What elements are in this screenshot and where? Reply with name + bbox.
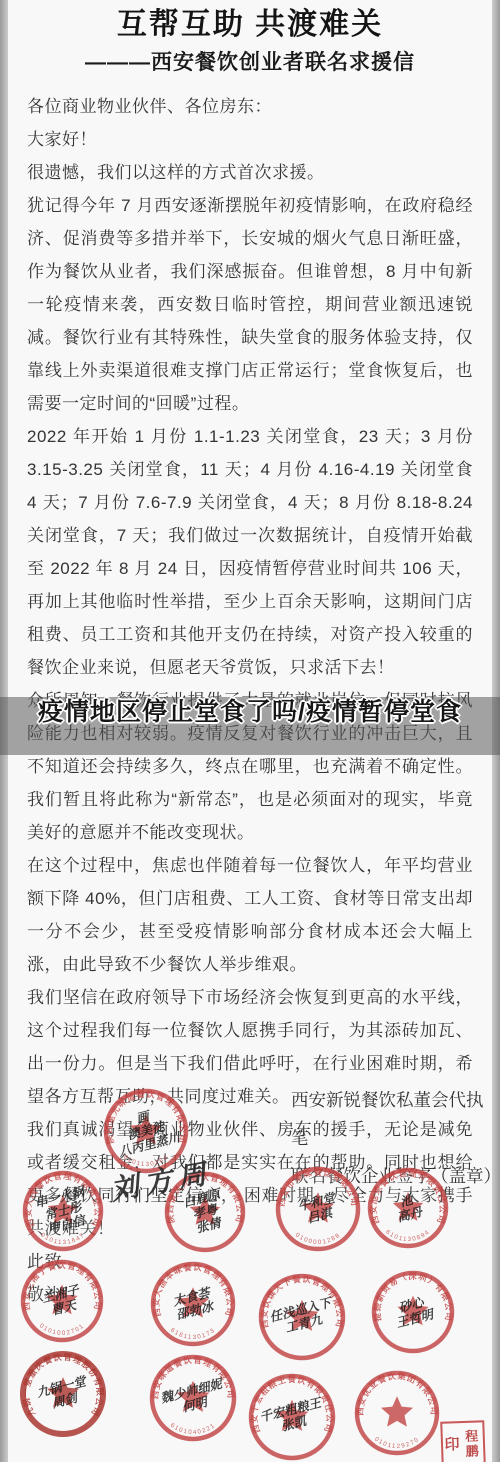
- company-seal: 九锅一堂重庆餐饮管理股份有限公司 九锅一堂周剑: [14, 1345, 112, 1443]
- signoff-block: 西安新锐餐饮私董会代执笔 联名餐饮企业签字（盖章）: [291, 1081, 500, 1195]
- seal-signature: 何明: [181, 1394, 211, 1414]
- company-seal: 西安味道餐饮管理有限公司 6101040221 魏少帅细妮何明: [143, 1348, 243, 1448]
- letter-title: 互帮互助 共渡难关: [27, 4, 473, 46]
- seal-signature: 工青九: [284, 1312, 324, 1335]
- seal-ring: [23, 1354, 103, 1434]
- seal-serial-number: 6181130173: [169, 1327, 217, 1341]
- seal-company-name: 西安千宏粗粮王餐饮有限责任公司: [249, 1374, 335, 1435]
- letter-paragraph: 敬礼！: [27, 1278, 473, 1311]
- seal-company-name: 九锅一堂重庆餐饮管理股份有限公司: [21, 1352, 105, 1419]
- seal-signature: 张凯: [280, 1414, 309, 1434]
- seal-ring: [357, 1373, 437, 1453]
- company-seal: 西安优亚餐饮集团有限公司 0101129270: [348, 1364, 446, 1462]
- seal-star-icon: [276, 1400, 309, 1431]
- seal-signature: 周剑: [50, 1390, 81, 1410]
- seal-serial-number: 6101040221: [169, 1422, 217, 1436]
- company-seal: 西安千宏粗粮王餐饮有限责任公司 千宏粗粮王张凯: [242, 1367, 342, 1462]
- square-personal-seal: 印 程 鹏: [440, 1420, 486, 1462]
- signoff-line-seals: 联名餐饮企业签字（盖章）: [291, 1157, 500, 1195]
- seal-star-icon: [381, 1396, 413, 1426]
- seal-serial-number: 0101002701: [38, 1322, 86, 1337]
- seal-company-name: 西安味道餐饮管理有限公司: [150, 1355, 237, 1400]
- letter-paragraph: 2022 年开始 1 月份 1.1-1.23 关闭堂食，23 天；3 月份 3.…: [27, 420, 473, 684]
- letter-paragraph: 各位商业物业伙伴、各位房东：: [27, 90, 473, 123]
- seal-signature: 九锅一堂: [34, 1374, 89, 1401]
- letter-paragraph: 此致: [27, 1245, 473, 1278]
- seal-star-icon: [47, 1377, 79, 1407]
- seal-ring: [251, 1376, 333, 1458]
- seal-signature: 千宏粗粮王: [258, 1395, 323, 1424]
- seal-star-icon: [177, 1381, 210, 1412]
- letter-subtitle: ———西安餐饮创业者联名求援信: [27, 49, 473, 77]
- signoff-line-author: 西安新锐餐饮私董会代执笔: [291, 1081, 500, 1157]
- seal-serial-number: 0101129270: [373, 1436, 421, 1450]
- letter-page: 互帮互助 共渡难关 ———西安餐饮创业者联名求援信 各位商业物业伙伴、各位房东：…: [0, 0, 500, 1462]
- letter-paragraph: 很遗憾，我们以这样的方式首次求援。: [27, 156, 473, 189]
- video-caption: 疫情地区停止堂食了吗/疫情暂停堂食: [35, 699, 465, 726]
- letter-paragraph: 犹记得今年 7 月西安逐渐摆脱年初疫情影响，在政府稳经济、促消费等多措并举下，长…: [27, 189, 473, 420]
- letter-paragraph: 在这个过程中，焦虑也伴随着每一位餐饮人，年平均营业额下降 40%，但门店租费、工…: [27, 849, 473, 981]
- letter-paragraph: 大家好！: [27, 123, 473, 156]
- seal-ring: [152, 1357, 234, 1439]
- seal-signature: 魏少帅细妮: [159, 1376, 225, 1405]
- square-seal-name: 程 鹏: [460, 1422, 483, 1462]
- seal-company-name: 西安优亚餐饮集团有限公司: [355, 1371, 439, 1416]
- square-seal-char: 印: [442, 1423, 461, 1462]
